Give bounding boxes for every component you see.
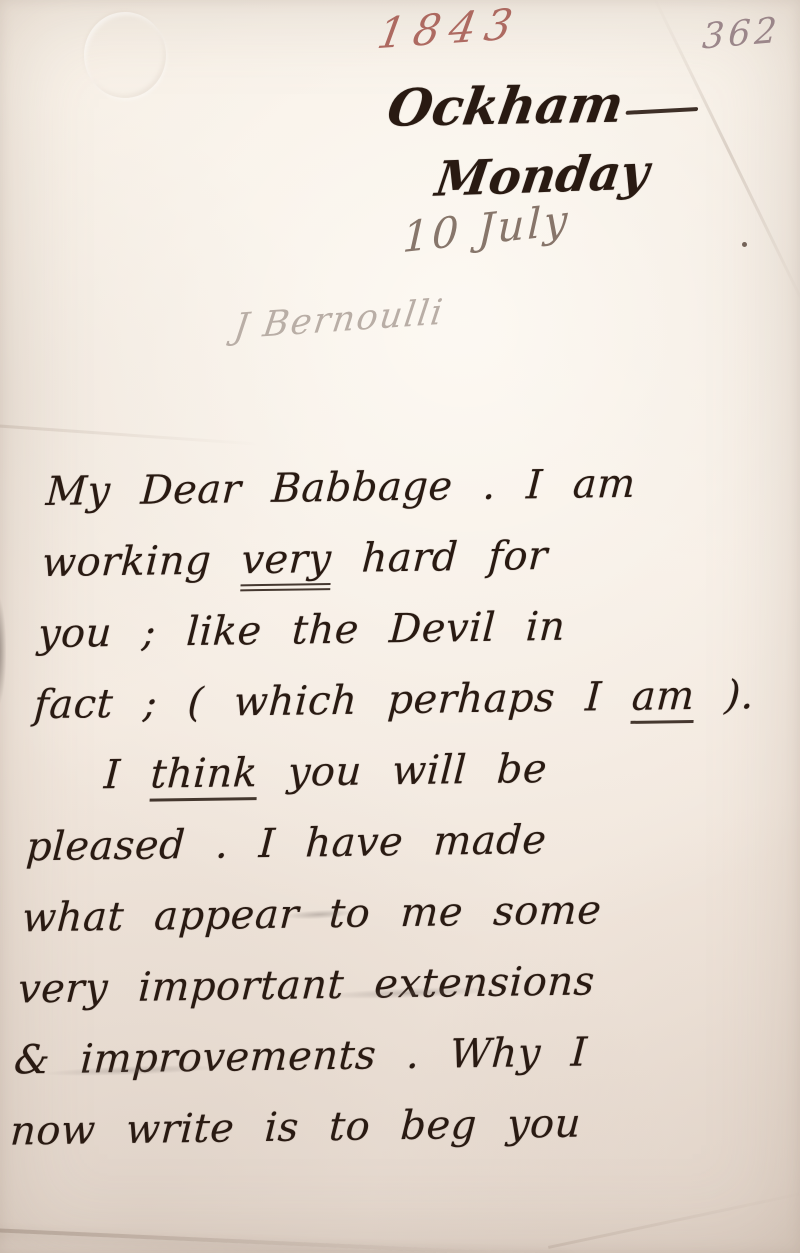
letter-line: & improvements . Why I — [12, 1015, 776, 1097]
letter-line-segment: ). — [693, 672, 755, 719]
letter-line-segment: very important extensions — [17, 958, 596, 1012]
letter-line-segment: what appear to me some — [21, 887, 603, 941]
letter-line-segment: fact ; ( which perhaps I — [33, 674, 633, 728]
ink-dot — [742, 242, 747, 247]
letter-line-segment: am — [630, 673, 696, 724]
left-edge-dark-mark — [0, 596, 6, 706]
letter-line-segment: I — [103, 752, 152, 799]
letter-line: I think you will be — [28, 731, 792, 813]
archival-year-annotation: 1843 — [374, 0, 525, 58]
pencil-annotation: J Bernoulli — [231, 292, 446, 347]
letter-line: fact ; ( which perhaps I am ). — [32, 660, 796, 742]
paper-crease-bottom — [0, 1228, 569, 1253]
letter-line: now write is to beg you — [8, 1086, 772, 1168]
heading-place: Ockham — [383, 73, 703, 139]
letter-line: you ; like the Devil in — [36, 589, 800, 671]
letter-line-segment: you ; like the Devil in — [37, 604, 567, 657]
letter-line-segment: hard for — [330, 533, 549, 582]
handwritten-letter-page: 1843 362 Ockham Monday 10 July J Bernoul… — [0, 0, 800, 1253]
letter-line-segment: you will be — [256, 746, 548, 796]
letter-line: My Dear Babbage . I am — [44, 446, 800, 528]
letter-line-segment: very — [240, 536, 333, 591]
letter-line-segment: My Dear Babbage . I am — [45, 461, 637, 515]
letter-line-segment: think — [149, 750, 259, 802]
heading-date: 10 July — [402, 195, 572, 262]
page-number-annotation: 362 — [701, 10, 782, 57]
letter-body: My Dear Babbage . I amworking very hard … — [8, 446, 800, 1167]
letter-line-segment: pleased . I have made — [25, 817, 548, 870]
letter-line: working very hard for — [40, 517, 800, 599]
letter-line: pleased . I have made — [24, 802, 788, 884]
letter-line: very important extensions — [16, 944, 780, 1026]
paper-crease-mid-left — [0, 424, 261, 446]
letter-line-segment: now write is to beg you — [9, 1101, 582, 1155]
heading-place-text: Ockham — [383, 75, 627, 139]
pen-flourish — [625, 107, 698, 115]
letter-line: what appear to me some — [20, 873, 784, 955]
embossed-seal — [84, 12, 166, 98]
paper-crease-bottom-right — [548, 1190, 800, 1249]
letter-line-segment: working — [41, 537, 243, 586]
letter-line-segment: & improvements . Why I — [13, 1030, 589, 1084]
